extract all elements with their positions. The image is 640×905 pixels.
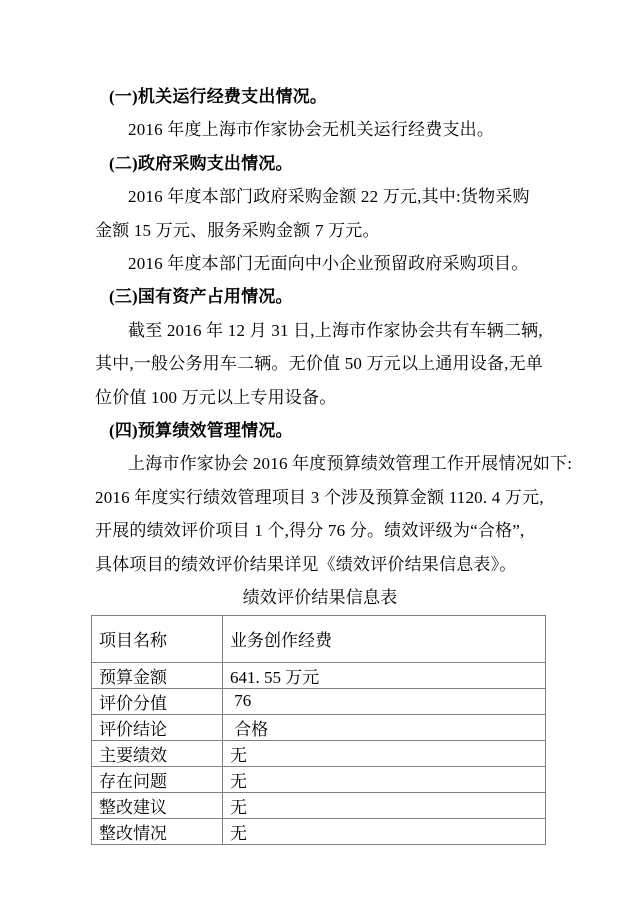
paragraph-line: 金额 15 万元、服务采购金额 7 万元。 bbox=[95, 214, 545, 247]
row-value-cell: 76 bbox=[223, 688, 546, 714]
row-label-cell: 评价分值 bbox=[92, 688, 223, 714]
paragraph-line: 2016 年度本部门无面向中小企业预留政府采购项目。 bbox=[95, 247, 545, 280]
paragraph-line: 2016 年度本部门政府采购金额 22 万元,其中:货物采购 bbox=[95, 180, 545, 213]
document-page: (一)机关运行经费支出情况。 2016 年度上海市作家协会无机关运行经费支出。 … bbox=[0, 0, 640, 905]
row-value-cell: 无 bbox=[223, 740, 546, 766]
row-label-cell: 评价结论 bbox=[92, 714, 223, 740]
section-heading-2: (二)政府采购支出情况。 bbox=[95, 147, 545, 180]
paragraph-line: 截至 2016 年 12 月 31 日,上海市作家协会共有车辆二辆, bbox=[95, 314, 545, 347]
table-row-evaluation-score: 评价分值 76 bbox=[92, 688, 546, 714]
row-label-cell: 整改建议 bbox=[92, 792, 223, 818]
section-heading-4: (四)预算绩效管理情况。 bbox=[95, 414, 545, 447]
table-row-rectification-suggestions: 整改建议 无 bbox=[92, 792, 546, 818]
paragraph-line: 位价值 100 万元以上专用设备。 bbox=[95, 381, 545, 414]
table-row-project-name: 项目名称 业务创作经费 bbox=[92, 615, 546, 662]
table-row-main-performance: 主要绩效 无 bbox=[92, 740, 546, 766]
table-row-existing-problems: 存在问题 无 bbox=[92, 766, 546, 792]
paragraph-line: 其中,一般公务用车二辆。无价值 50 万元以上通用设备,无单 bbox=[95, 347, 545, 380]
row-label-cell: 存在问题 bbox=[92, 766, 223, 792]
row-value-cell: 业务创作经费 bbox=[223, 615, 546, 662]
row-label-cell: 预算金额 bbox=[92, 662, 223, 688]
row-label-cell: 整改情况 bbox=[92, 818, 223, 844]
paragraph-line: 2016 年度实行绩效管理项目 3 个涉及预算金额 1120. 4 万元, bbox=[95, 481, 545, 514]
row-value-cell: 641. 55 万元 bbox=[223, 662, 546, 688]
document-content: (一)机关运行经费支出情况。 2016 年度上海市作家协会无机关运行经费支出。 … bbox=[0, 0, 640, 845]
table-row-evaluation-conclusion: 评价结论 合格 bbox=[92, 714, 546, 740]
paragraph-line: 上海市作家协会 2016 年度预算绩效管理工作开展情况如下: bbox=[95, 447, 545, 480]
performance-evaluation-table: 项目名称 业务创作经费 预算金额 641. 55 万元 评价分值 76 评价结论… bbox=[91, 615, 546, 845]
table-row-rectification-status: 整改情况 无 bbox=[92, 818, 546, 844]
section-heading-1: (一)机关运行经费支出情况。 bbox=[95, 80, 545, 113]
row-value-cell: 无 bbox=[223, 766, 546, 792]
table-title: 绩效评价结果信息表 bbox=[95, 581, 545, 614]
row-value-cell: 无 bbox=[223, 818, 546, 844]
row-label-cell: 主要绩效 bbox=[92, 740, 223, 766]
paragraph-line: 开展的绩效评价项目 1 个,得分 76 分。绩效评级为“合格”, bbox=[95, 514, 545, 547]
paragraph-line: 具体项目的绩效评价结果详见《绩效评价结果信息表》。 bbox=[95, 548, 545, 581]
row-value-cell: 合格 bbox=[223, 714, 546, 740]
paragraph-line: 2016 年度上海市作家协会无机关运行经费支出。 bbox=[95, 113, 545, 146]
table-row-budget-amount: 预算金额 641. 55 万元 bbox=[92, 662, 546, 688]
section-heading-3: (三)国有资产占用情况。 bbox=[95, 280, 545, 313]
row-value-cell: 无 bbox=[223, 792, 546, 818]
row-label-cell: 项目名称 bbox=[92, 615, 223, 662]
